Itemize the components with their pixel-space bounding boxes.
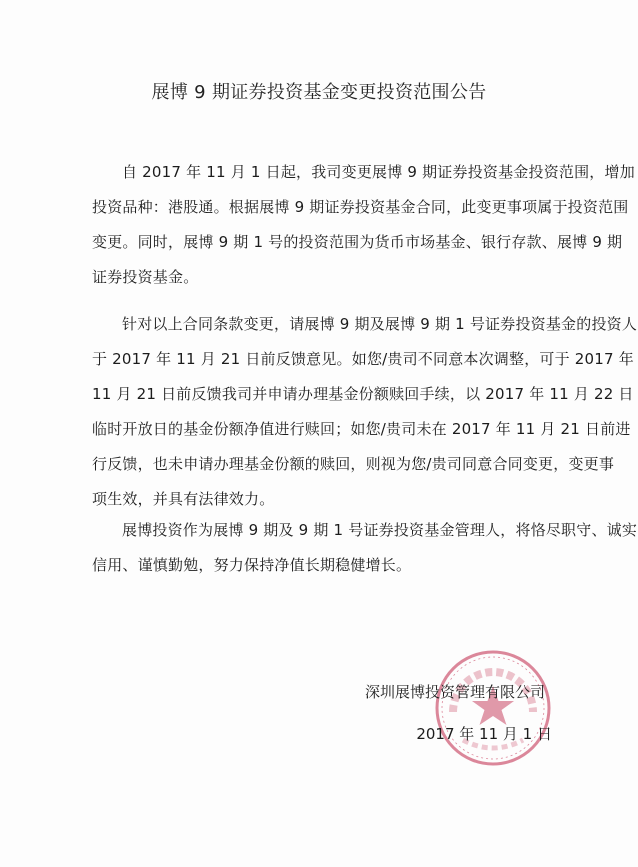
paragraph-line: 投资品种：港股通。根据展博 9 期证券投资基金合同，此变更事项属于投资范围 bbox=[92, 190, 552, 225]
paragraph-3: 展博投资作为展博 9 期及 9 期 1 号证券投资基金管理人，将恪尽职守、诚实 … bbox=[92, 513, 552, 583]
page-title: 展博 9 期证券投资基金变更投资范围公告 bbox=[0, 78, 638, 104]
paragraph-line: 信用、谨慎勤勉，努力保持净值长期稳健增长。 bbox=[92, 548, 552, 583]
paragraph-line: 针对以上合同条款变更，请展博 9 期及展博 9 期 1 号证券投资基金的投资人 bbox=[92, 307, 552, 342]
paragraph-1: 自 2017 年 11 月 1 日起，我司变更展博 9 期证券投资基金投资范围，… bbox=[92, 155, 552, 295]
paragraph-2: 针对以上合同条款变更，请展博 9 期及展博 9 期 1 号证券投资基金的投资人 … bbox=[92, 307, 552, 517]
paragraph-line: 临时开放日的基金份额净值进行赎回；如您/贵司未在 2017 年 11 月 21 … bbox=[92, 412, 552, 447]
paragraph-line: 证券投资基金。 bbox=[92, 260, 552, 295]
company-signature: 深圳展博投资管理有限公司 bbox=[365, 681, 545, 702]
company-seal-icon bbox=[433, 648, 553, 768]
paragraph-line: 展博投资作为展博 9 期及 9 期 1 号证券投资基金管理人，将恪尽职守、诚实 bbox=[92, 513, 552, 548]
paragraph-line: 自 2017 年 11 月 1 日起，我司变更展博 9 期证券投资基金投资范围，… bbox=[92, 155, 552, 190]
paragraph-line: 11 月 21 日前反馈我司并申请办理基金份额赎回手续，以 2017 年 11 … bbox=[92, 377, 552, 412]
paragraph-line: 变更。同时，展博 9 期 1 号的投资范围为货币市场基金、银行存款、展博 9 期 bbox=[92, 225, 552, 260]
paragraph-line: 项生效，并具有法律效力。 bbox=[92, 482, 552, 517]
document-page: 展博 9 期证券投资基金变更投资范围公告 自 2017 年 11 月 1 日起，… bbox=[0, 0, 638, 867]
paragraph-line: 行反馈，也未申请办理基金份额的赎回，则视为您/贵司同意合同变更，变更事 bbox=[92, 447, 552, 482]
document-date: 2017 年 11 月 1 日 bbox=[416, 723, 552, 744]
paragraph-line: 于 2017 年 11 月 21 日前反馈意见。如您/贵司不同意本次调整，可于 … bbox=[92, 342, 552, 377]
